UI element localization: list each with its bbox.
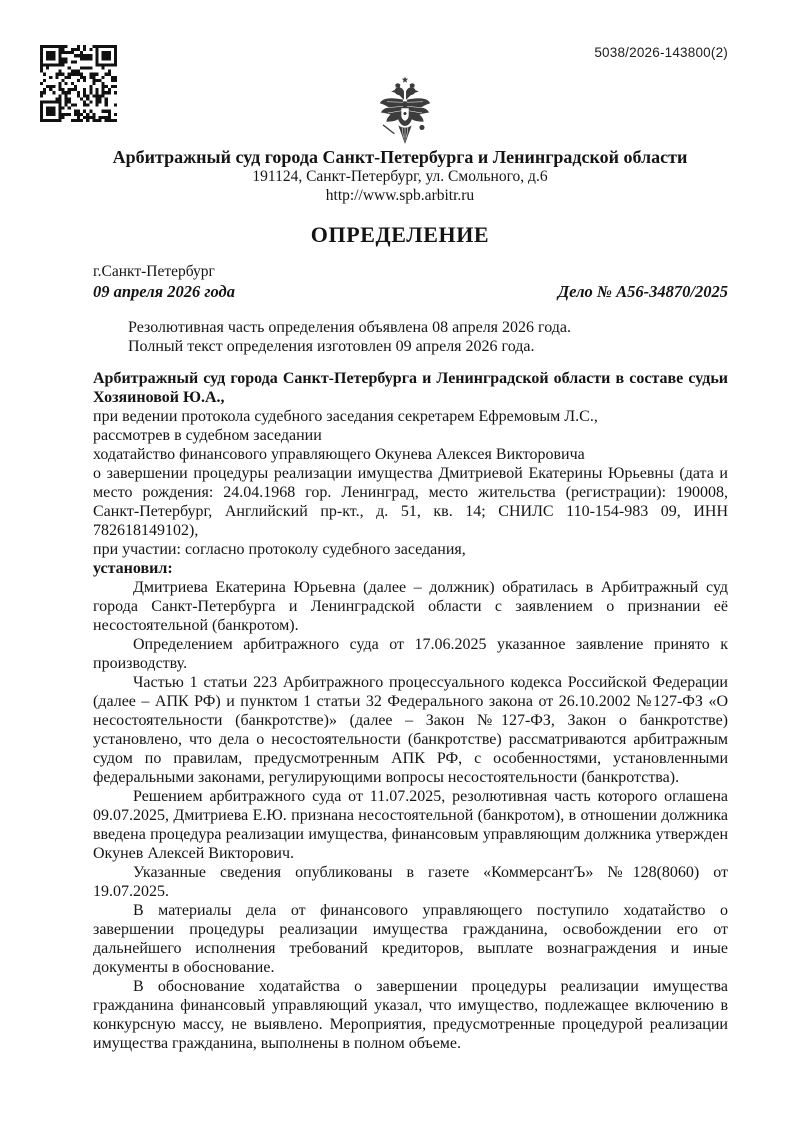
court-website: http://www.spb.arbitr.ru: [0, 186, 800, 205]
body-paragraph: Частью 1 статьи 223 Арбитражного процесс…: [93, 673, 728, 787]
qr-code-icon: [40, 45, 117, 122]
russian-coat-of-arms-icon: [374, 76, 436, 148]
place-line: г.Санкт-Петербург: [93, 262, 728, 281]
court-determination-page: 5038/2026-143800(2) Арбитражный суд го: [0, 0, 800, 1131]
composition-line: при ведении протокола судебного заседани…: [93, 407, 728, 426]
composition-line: о завершении процедуры реализации имущес…: [93, 464, 728, 540]
ruling-keyword: установил:: [93, 559, 728, 578]
composition-court-line: Арбитражный суд города Санкт-Петербурга …: [93, 369, 728, 407]
body-paragraph: Дмитриева Екатерина Юрьевна (далее – дол…: [93, 578, 728, 635]
document-title: ОПРЕДЕЛЕНИЕ: [0, 222, 800, 248]
body-paragraph: Определением арбитражного суда от 17.06.…: [93, 635, 728, 673]
document-content: Арбитражный суд города Санкт-Петербурга …: [0, 0, 800, 1053]
body-paragraph: В обоснование ходатайства о завершении п…: [93, 977, 728, 1053]
announcement-line-resolutive: Резолютивная часть определения объявлена…: [93, 318, 728, 337]
body-block: Дмитриева Екатерина Юрьевна (далее – дол…: [93, 578, 728, 1053]
composition-line: рассмотрев в судебном заседании: [93, 426, 728, 445]
document-registry-number: 5038/2026-143800(2): [594, 43, 728, 62]
body-paragraph: Решением арбитражного суда от 11.07.2025…: [93, 787, 728, 863]
composition-block: Арбитражный суд города Санкт-Петербурга …: [93, 369, 728, 578]
announcement-line-fulltext: Полный текст определения изготовлен 09 а…: [93, 337, 728, 356]
composition-line: при участии: согласно протоколу судебног…: [93, 540, 728, 559]
body-paragraph: В материалы дела от финансового управляю…: [93, 901, 728, 977]
case-number: Дело № А56-34870/2025: [558, 281, 728, 302]
composition-line: ходатайство финансового управляющего Оку…: [93, 445, 728, 464]
date-line: 09 апреля 2026 года: [93, 281, 235, 302]
court-address: 191124, Санкт-Петербург, ул. Смольного, …: [0, 167, 800, 186]
announcement-block: Резолютивная часть определения объявлена…: [93, 318, 728, 356]
body-paragraph: Указанные сведения опубликованы в газете…: [93, 863, 728, 901]
court-name: Арбитражный суд города Санкт-Петербурга …: [0, 147, 800, 167]
meta-block: г.Санкт-Петербург 09 апреля 2026 года Де…: [93, 262, 728, 302]
